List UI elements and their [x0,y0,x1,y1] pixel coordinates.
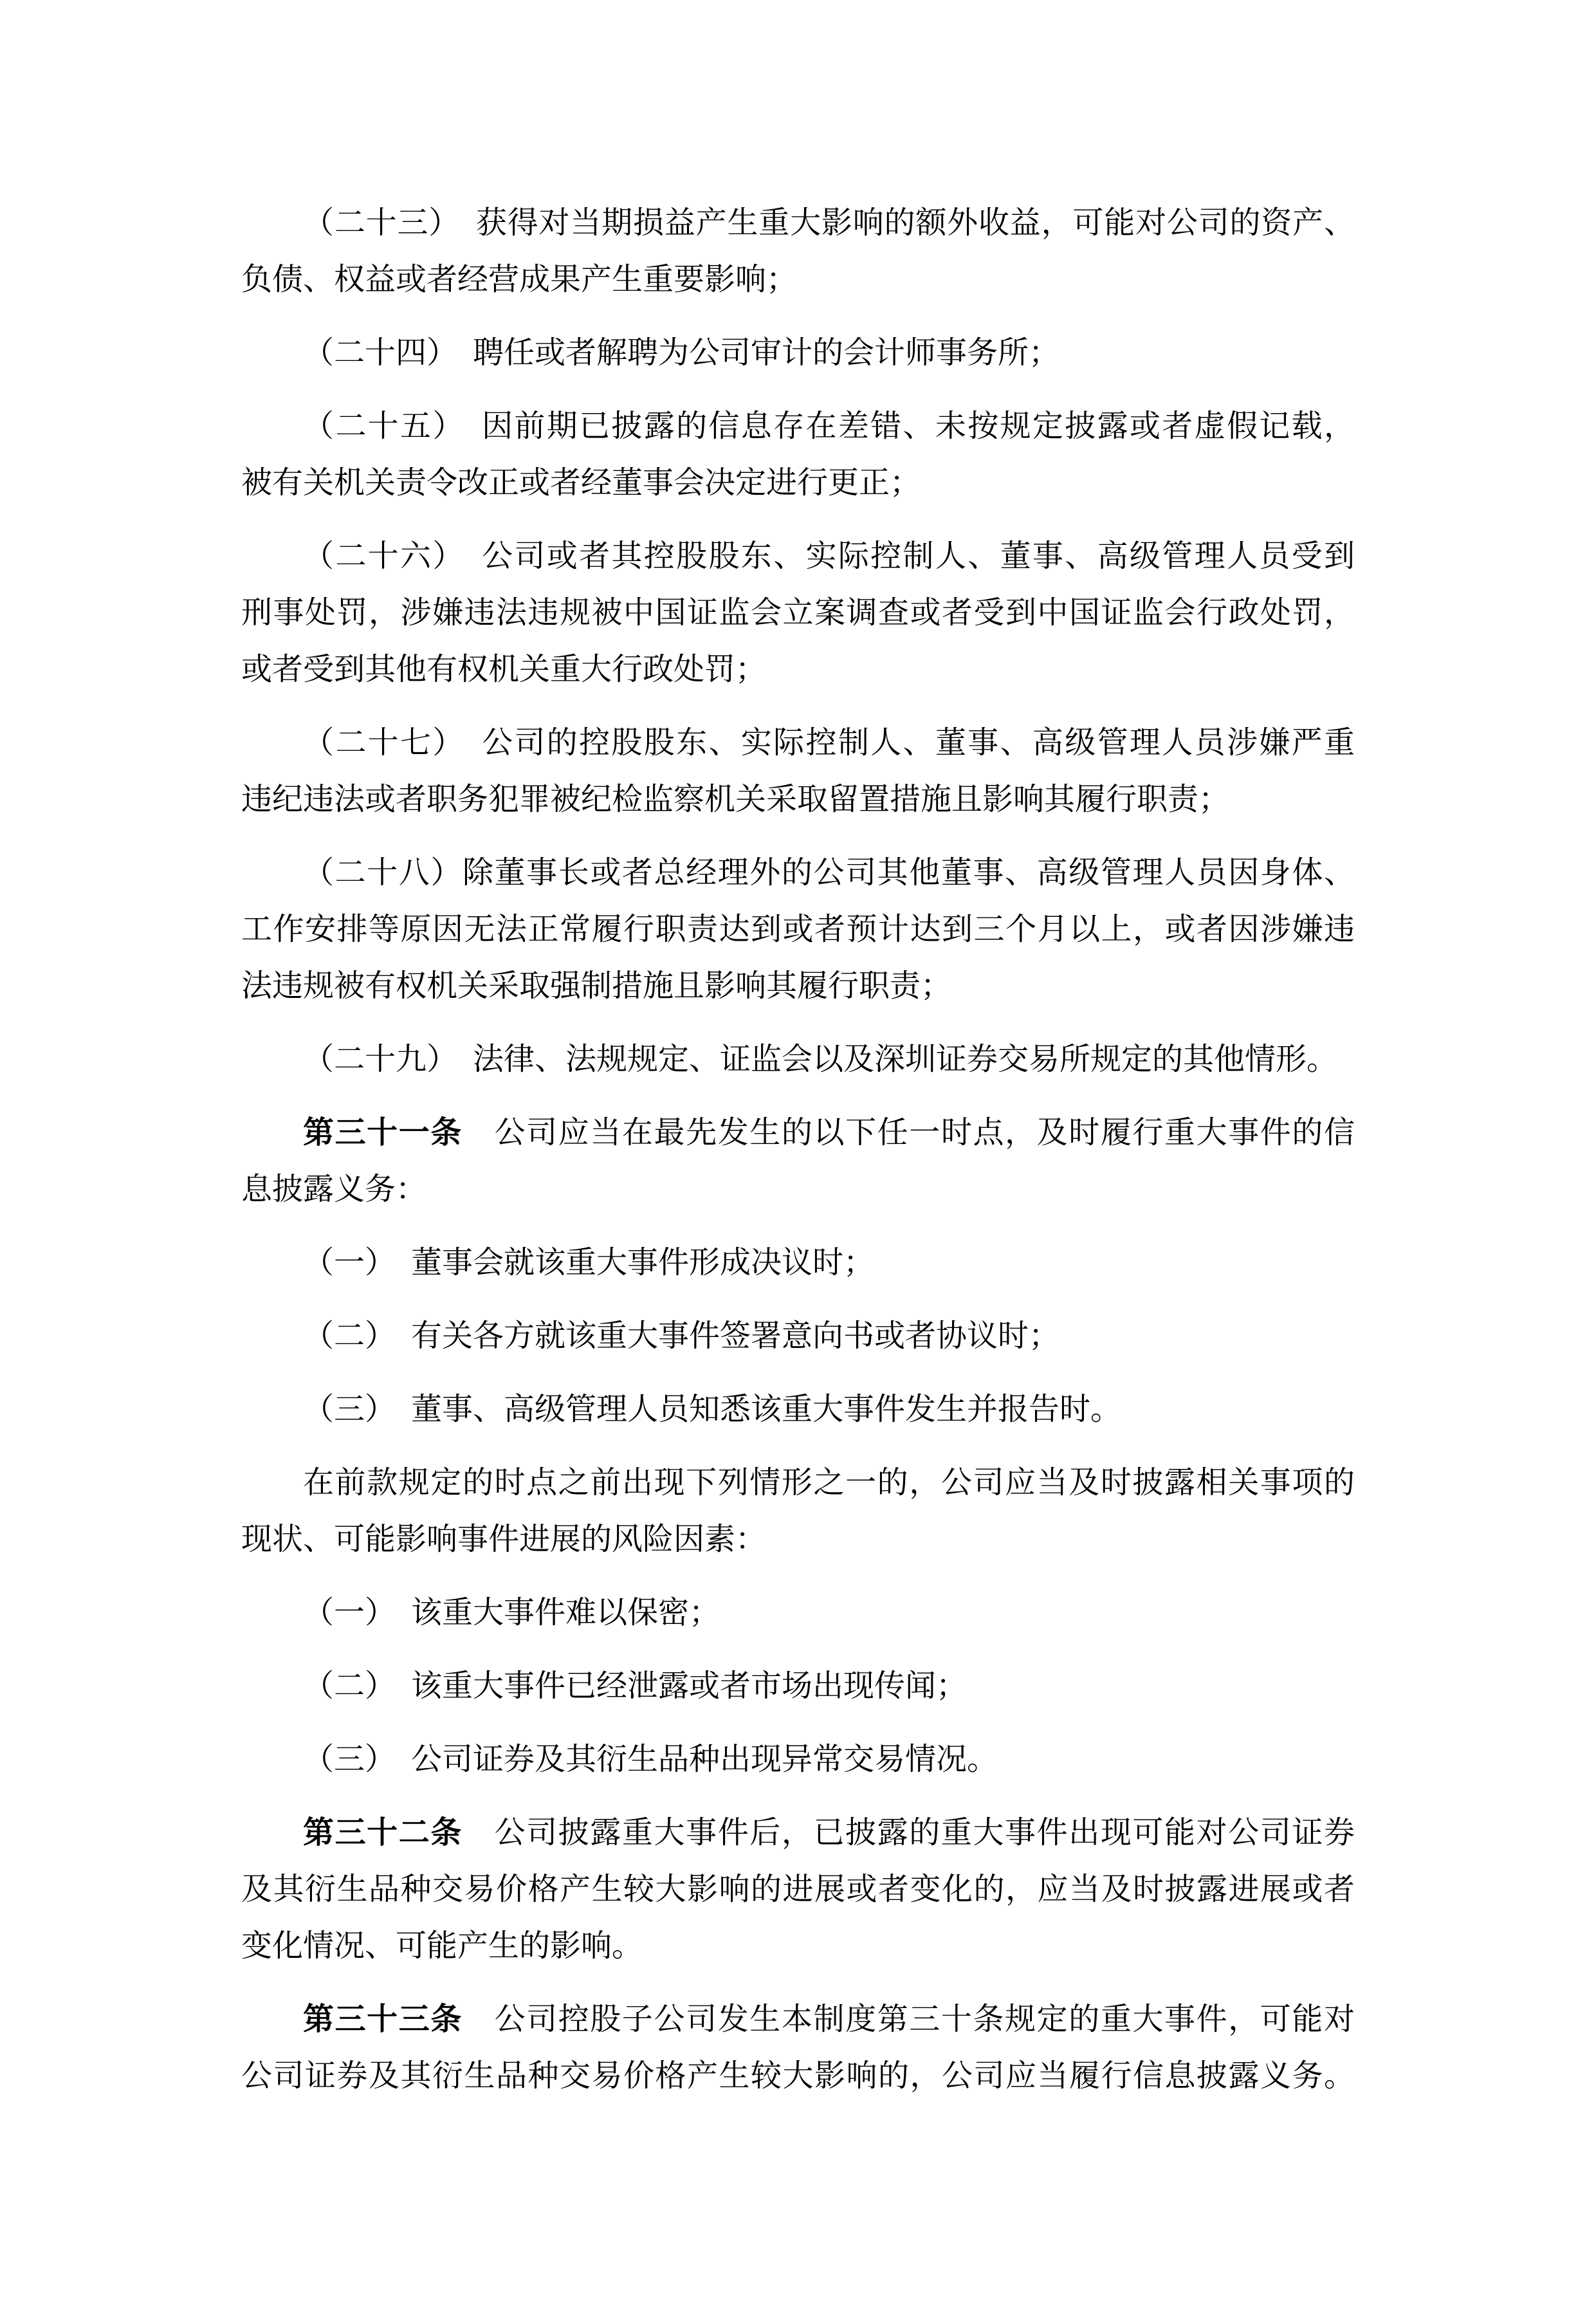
text-line: 第三十二条 公司披露重大事件后，已披露的重大事件出现可能对公司证券 [241,1805,1355,1861]
article-number: 第三十三条 [303,2002,495,2036]
paragraph-text: 因前期已披露的信息存在差错、未按规定披露或者虚假记载， [482,409,1355,443]
clause-number: （二十四） [303,336,473,370]
text-line: 工作安排等原因无法正常履行职责达到或者预计达到三个月以上，或者因涉嫌违 [241,901,1355,958]
text-line: （二） 有关各方就该重大事件签署意向书或者协议时； [241,1308,1355,1365]
text-line: 第三十三条 公司控股子公司发生本制度第三十条规定的重大事件，可能对 [241,1991,1355,2048]
clause-number: （二十九） [303,1042,473,1076]
paragraph-text: 董事会就该重大事件形成决议时； [411,1246,874,1280]
paragraph-text: 公司或者其控股股东、实际控制人、董事、高级管理人员受到 [482,539,1355,573]
clause-27-paragraph: （二十七） 公司的控股股东、实际控制人、董事、高级管理人员涉嫌严重 违纪违法或者… [241,715,1355,828]
text-line: 法违规被有权机关采取强制措施且影响其履行职责； [241,958,1355,1015]
text-line: 第三十一条 公司应当在最先发生的以下任一时点，及时履行重大事件的信 [241,1105,1355,1161]
clause-number: （二十三） [303,206,476,240]
clause-number: （二十五） [303,409,482,443]
paragraph-text: 有关各方就该重大事件签署意向书或者协议时； [411,1319,1059,1353]
text-line: 负债、权益或者经营成果产生重要影响； [241,252,1355,308]
paragraph-text: 该重大事件已经泄露或者市场出现传闻； [411,1669,967,1703]
paragraph-text: 公司的控股股东、实际控制人、董事、高级管理人员涉嫌严重 [482,726,1355,760]
proviso-item-3-paragraph: （三） 公司证券及其衍生品种出现异常交易情况。 [241,1731,1355,1788]
clause-28-paragraph: （二十八）除董事长或者总经理外的公司其他董事、高级管理人员因身体、 工作安排等原… [241,845,1355,1015]
item-number: （二） [303,1319,411,1353]
text-line: 违纪违法或者职务犯罪被纪检监察机关采取留置措施且影响其履行职责； [241,771,1355,828]
text-line: 在前款规定的时点之前出现下列情形之一的，公司应当及时披露相关事项的 [241,1455,1355,1511]
paragraph-text: 在前款规定的时点之前出现下列情形之一的，公司应当及时披露相关事项的 [303,1466,1355,1500]
text-line: 或者受到其他有权机关重大行政处罚； [241,641,1355,698]
proviso-item-2-paragraph: （二） 该重大事件已经泄露或者市场出现传闻； [241,1658,1355,1715]
paragraph-text: 公司控股子公司发生本制度第三十条规定的重大事件，可能对 [495,2002,1355,2036]
clause-25-paragraph: （二十五） 因前期已披露的信息存在差错、未按规定披露或者虚假记载， 被有关机关责… [241,398,1355,512]
text-line: 现状、可能影响事件进展的风险因素： [241,1511,1355,1568]
text-line: （一） 董事会就该重大事件形成决议时； [241,1235,1355,1291]
text-line: （二十五） 因前期已披露的信息存在差错、未按规定披露或者虚假记载， [241,398,1355,455]
clause-number: （二十八） [303,856,463,890]
text-line: 刑事处罚，涉嫌违法违规被中国证监会立案调查或者受到中国证监会行政处罚， [241,585,1355,641]
paragraph-text: 公司应当在最先发生的以下任一时点，及时履行重大事件的信 [495,1116,1355,1150]
text-line: （二十三） 获得对当期损益产生重大影响的额外收益，可能对公司的资产、 [241,195,1355,252]
text-line: （二十六） 公司或者其控股股东、实际控制人、董事、高级管理人员受到 [241,528,1355,585]
text-content: （二十三） 获得对当期损益产生重大影响的额外收益，可能对公司的资产、 负债、权益… [241,195,1355,2121]
article-number: 第三十二条 [303,1816,495,1850]
paragraph-text: 获得对当期损益产生重大影响的额外收益，可能对公司的资产、 [476,206,1355,240]
paragraph-text: 聘任或者解聘为公司审计的会计师事务所； [473,336,1059,370]
item-number: （三） [303,1742,411,1776]
text-line: 公司证券及其衍生品种交易价格产生较大影响的，公司应当履行信息披露义务。 [241,2048,1355,2105]
article-33-paragraph: 第三十三条 公司控股子公司发生本制度第三十条规定的重大事件，可能对 公司证券及其… [241,1991,1355,2105]
text-line: （二十九） 法律、法规规定、证监会以及深圳证券交易所规定的其他情形。 [241,1031,1355,1088]
article-31-item-1-paragraph: （一） 董事会就该重大事件形成决议时； [241,1235,1355,1291]
clause-29-paragraph: （二十九） 法律、法规规定、证监会以及深圳证券交易所规定的其他情形。 [241,1031,1355,1088]
article-31-item-2-paragraph: （二） 有关各方就该重大事件签署意向书或者协议时； [241,1308,1355,1365]
clause-24-paragraph: （二十四） 聘任或者解聘为公司审计的会计师事务所； [241,325,1355,382]
paragraph-text: 除董事长或者总经理外的公司其他董事、高级管理人员因身体、 [463,856,1355,890]
paragraph-text: 法律、法规规定、证监会以及深圳证券交易所规定的其他情形。 [473,1042,1337,1076]
article-31-paragraph: 第三十一条 公司应当在最先发生的以下任一时点，及时履行重大事件的信 息披露义务： [241,1105,1355,1218]
article-number: 第三十一条 [303,1116,495,1150]
document-page: （二十三） 获得对当期损益产生重大影响的额外收益，可能对公司的资产、 负债、权益… [0,0,1596,2324]
clause-number: （二十七） [303,726,482,760]
clause-23-paragraph: （二十三） 获得对当期损益产生重大影响的额外收益，可能对公司的资产、 负债、权益… [241,195,1355,308]
text-line: 息披露义务： [241,1161,1355,1218]
paragraph-text: 公司披露重大事件后，已披露的重大事件出现可能对公司证券 [495,1816,1355,1850]
text-line: 被有关机关责令改正或者经董事会决定进行更正； [241,455,1355,512]
article-32-paragraph: 第三十二条 公司披露重大事件后，已披露的重大事件出现可能对公司证券 及其衍生品种… [241,1805,1355,1975]
text-line: （二十四） 聘任或者解聘为公司审计的会计师事务所； [241,325,1355,382]
text-line: 变化情况、可能产生的影响。 [241,1918,1355,1975]
article-31-item-3-paragraph: （三） 董事、高级管理人员知悉该重大事件发生并报告时。 [241,1381,1355,1438]
clause-number: （二十六） [303,539,482,573]
text-line: （二十八）除董事长或者总经理外的公司其他董事、高级管理人员因身体、 [241,845,1355,901]
paragraph-text: 该重大事件难以保密； [411,1596,720,1630]
proviso-item-1-paragraph: （一） 该重大事件难以保密； [241,1585,1355,1641]
item-number: （三） [303,1392,411,1426]
text-line: （二） 该重大事件已经泄露或者市场出现传闻； [241,1658,1355,1715]
text-line: （一） 该重大事件难以保密； [241,1585,1355,1641]
item-number: （二） [303,1669,411,1703]
article-31-proviso-paragraph: 在前款规定的时点之前出现下列情形之一的，公司应当及时披露相关事项的 现状、可能影… [241,1455,1355,1568]
text-line: （二十七） 公司的控股股东、实际控制人、董事、高级管理人员涉嫌严重 [241,715,1355,771]
item-number: （一） [303,1596,411,1630]
text-line: （三） 公司证券及其衍生品种出现异常交易情况。 [241,1731,1355,1788]
item-number: （一） [303,1246,411,1280]
text-line: 及其衍生品种交易价格产生较大影响的进展或者变化的，应当及时披露进展或者 [241,1861,1355,1918]
paragraph-text: 公司证券及其衍生品种出现异常交易情况。 [411,1742,998,1776]
paragraph-text: 董事、高级管理人员知悉该重大事件发生并报告时。 [411,1392,1121,1426]
text-line: （三） 董事、高级管理人员知悉该重大事件发生并报告时。 [241,1381,1355,1438]
clause-26-paragraph: （二十六） 公司或者其控股股东、实际控制人、董事、高级管理人员受到 刑事处罚，涉… [241,528,1355,698]
